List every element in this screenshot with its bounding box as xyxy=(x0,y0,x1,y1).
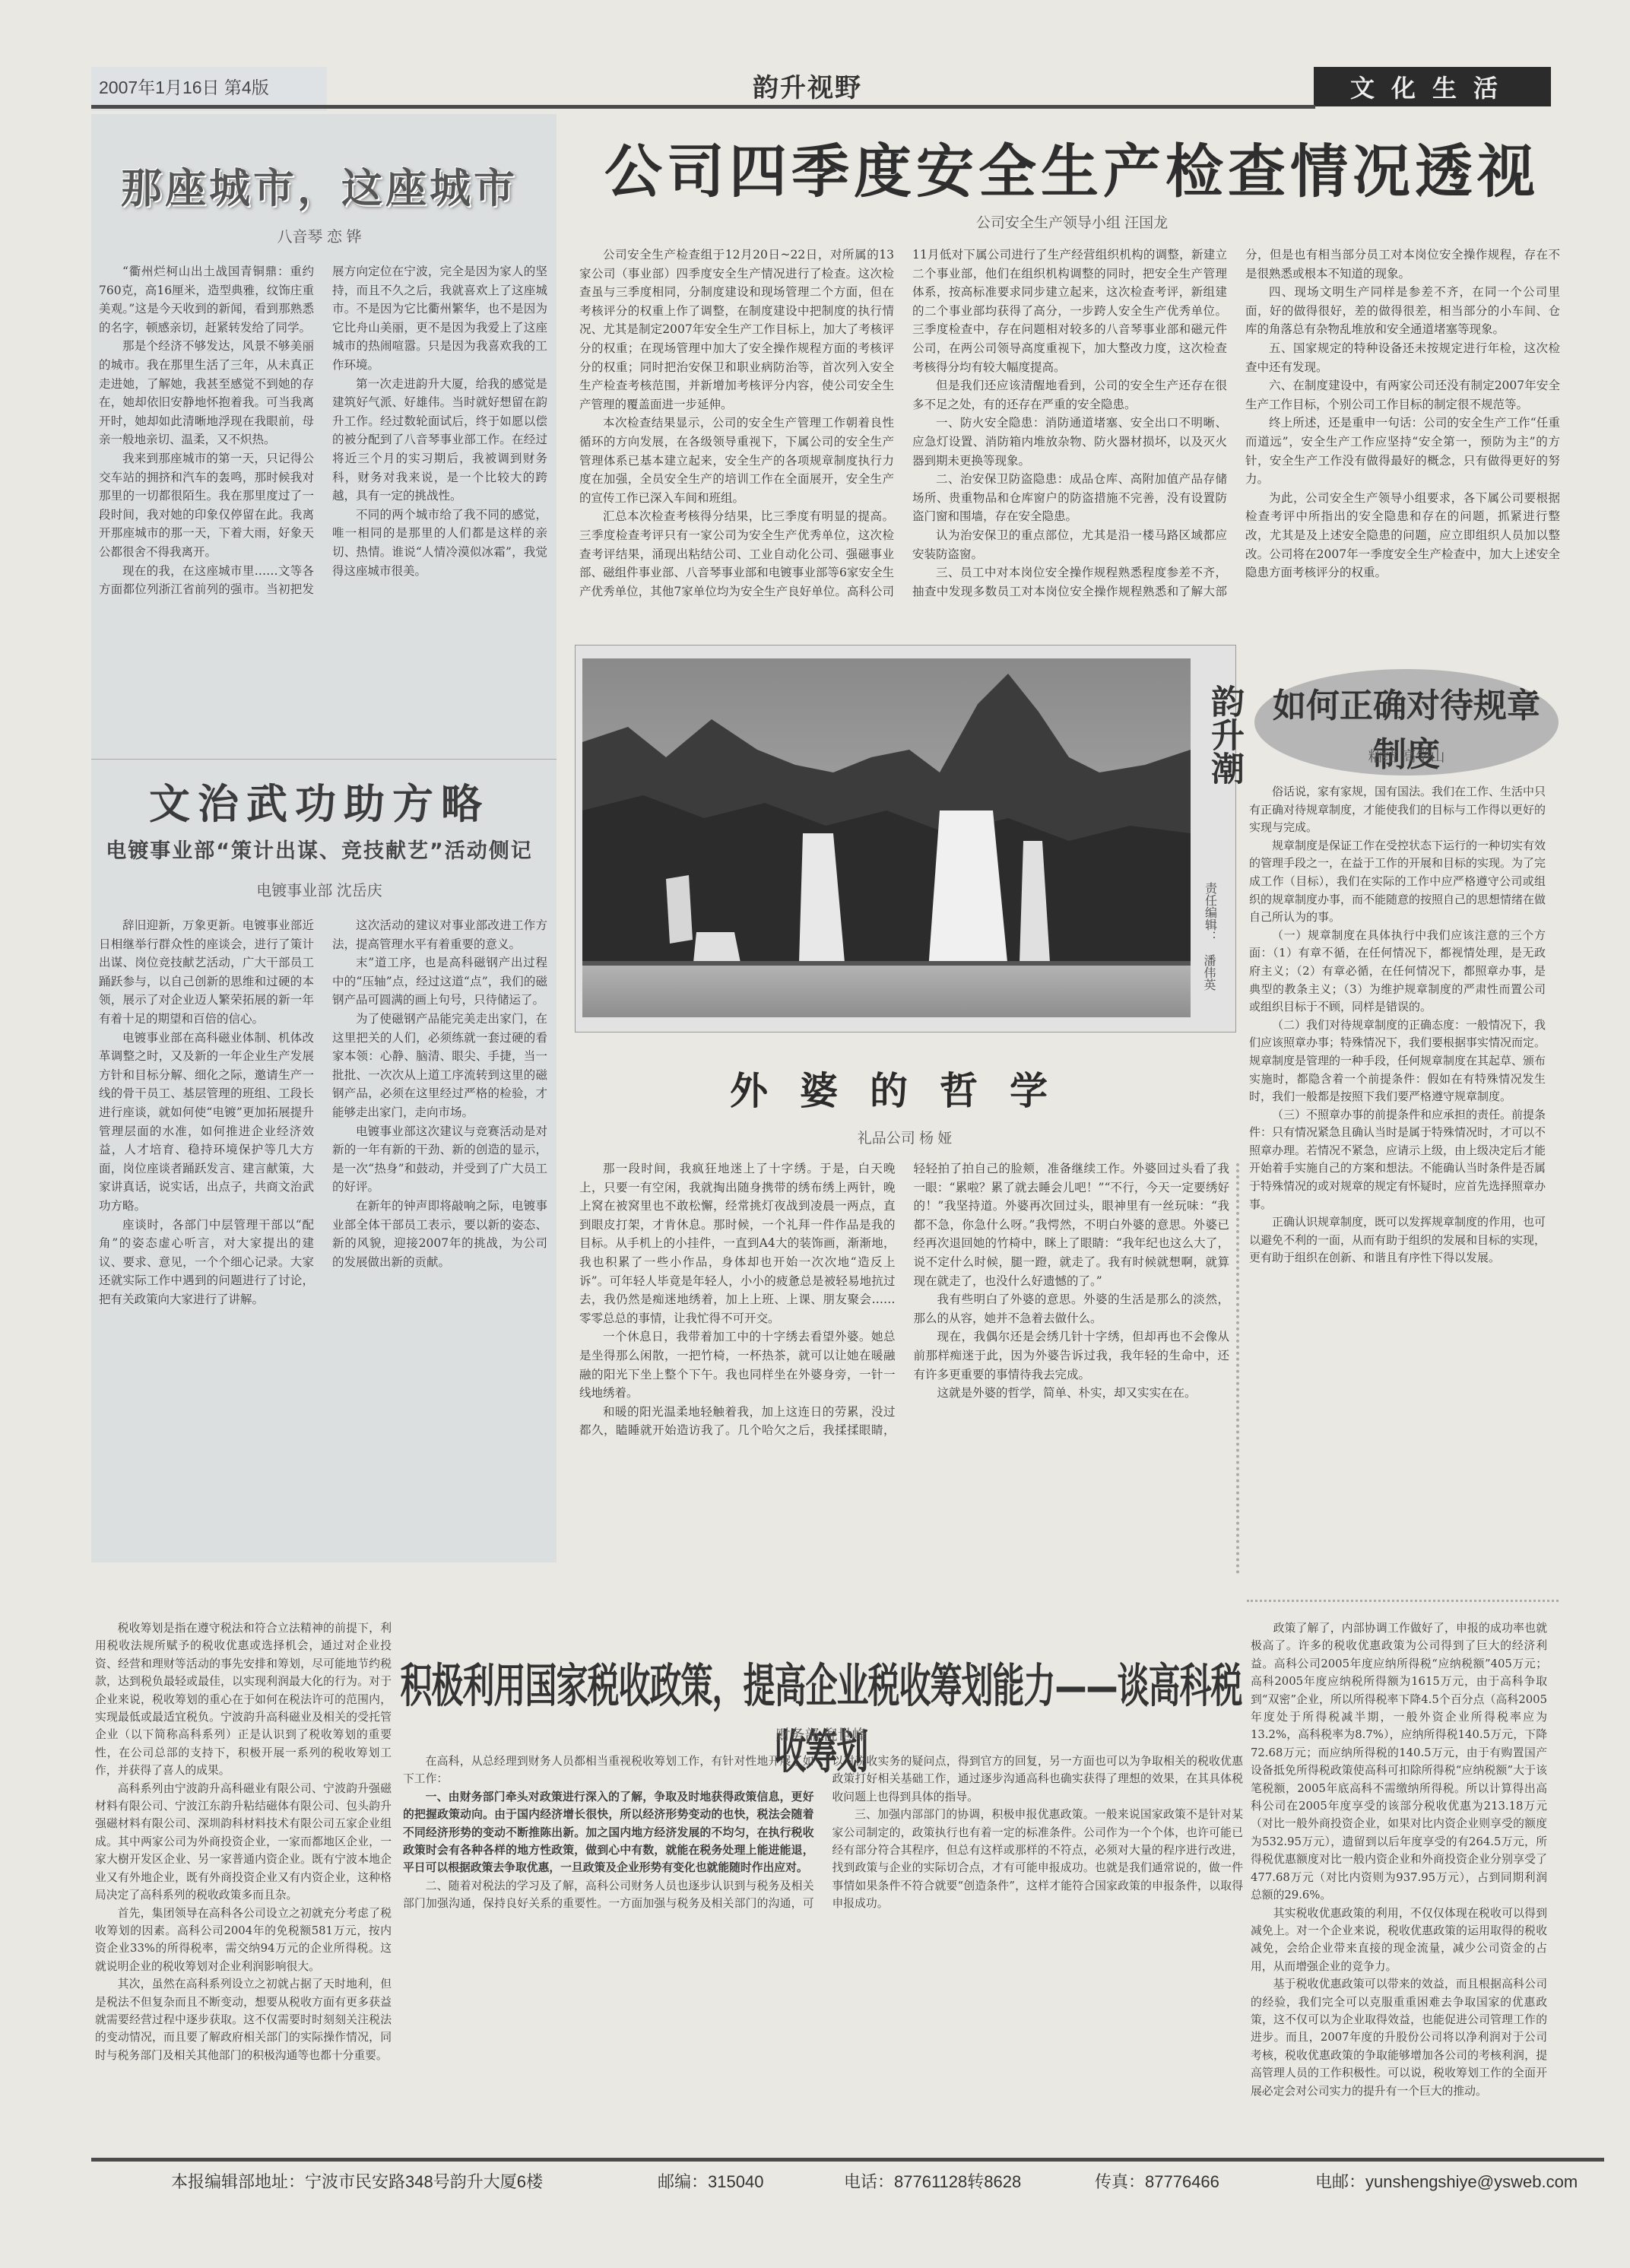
paragraph: 为此，公司安全生产领导小组要求，各下属公司要根据检查考评中所指出的安全隐患和存在… xyxy=(1245,489,1560,582)
article-city-byline: 八音琴 恋 铧 xyxy=(91,224,547,246)
column-name-text: 韵升潮 xyxy=(1195,684,1253,785)
paragraph: 俗话说，家有家规，国有国法。我们在工作、生活中只有正确对待规章制度，才能使我们的… xyxy=(1249,783,1546,837)
paragraph: 二、治安保卫防盗隐患：成品仓库、高附加值产品存储场所、贵重物品和仓库窗户的防盗措… xyxy=(912,470,1227,526)
newspaper-page: 2007年1月16日 第4版 韵升视野 文化生活 那座城市，这座城市 八音琴 恋… xyxy=(0,0,1630,2268)
article-wenzhi-byline: 电镀事业部 沈岳庆 xyxy=(91,878,547,900)
address-value: 宁波市民安路348号韵升大厦6楼 xyxy=(305,2172,543,2191)
paragraph: 辞旧迎新，万象更新。电镀事业部近日相继举行群众性的座谈会，进行了策计出谋、岗位竞… xyxy=(99,916,314,1029)
paragraph: 第一次走进韵升大厦，给我的感觉是建筑好气派、好雄伟。当时就好想留在韵升工作。经过… xyxy=(332,375,547,506)
article-wenzhi-subtitle: 电镀事业部“策计出谋、竞技献艺”活动侧记 xyxy=(91,834,547,864)
decorative-border xyxy=(1236,1163,1244,1574)
paragraph: 我来到那座城市的第一天，只记得公交车站的拥挤和汽车的轰鸣，那时候我对那里的一切都… xyxy=(99,449,314,562)
editor-credit: 责任编辑： 潘伟英 xyxy=(1201,882,1219,991)
paragraph: 高科系列由宁波韵升高科磁业有限公司、宁波韵升强磁材料有限公司、宁波江东韵升粘结磁… xyxy=(95,1780,392,1905)
paragraph: 为了使磁钢产品能完美走出家门，在这里把关的人们，必须练就一套过硬的看家本领：心静… xyxy=(332,1010,547,1122)
phone-value: 87761128转8628 xyxy=(894,2172,1021,2191)
paragraph: “衢州烂柯山出土战国青铜鼎：重约760克，高16厘米，造型典雅，纹饰庄重美观。”… xyxy=(99,262,314,337)
footer-fax: 传真：87776466 xyxy=(1095,2169,1219,2193)
paragraph: 现在，我偶尔还是会绣几针十字绣，但却再也不会像从前那样痴迷于此，因为外婆告诉过我… xyxy=(914,1327,1230,1384)
email-value[interactable]: yunshengshiye@ysweb.com xyxy=(1365,2172,1578,2191)
paragraph: 本次检查结果显示，公司的安全生产管理工作朝着良性循环的方向发展，在各级领导重视下… xyxy=(579,414,894,507)
footer-email: 电邮：yunshengshiye@ysweb.com xyxy=(1315,2169,1578,2193)
article-rules-heading: 如何正确对待规章制度 粘结 高学山 xyxy=(1262,669,1566,753)
article-tax-body-col1: 税收筹划是指在遵守税法和符合立法精神的前提下，利用税收法规所赋予的税收优惠或选择… xyxy=(95,1619,392,2144)
footer-phone: 电话：87761128转8628 xyxy=(844,2169,1021,2193)
paragraph: 电镀事业部在高科磁业体制、机体改革调整之时，又及新的一年企业生产发展方针和目标分… xyxy=(99,1029,314,1216)
footer-address: 本报编辑部地址：宁波市民安路348号韵升大厦6楼 xyxy=(171,2169,543,2193)
article-wenzhi-body: 辞旧迎新，万象更新。电镀事业部近日相继举行群众性的座谈会，进行了策计出谋、岗位竞… xyxy=(99,916,547,1555)
paragraph: 一、由财务部门牵头对政策进行深入的了解，争取及时地获得政策信息，更好的把握政策动… xyxy=(403,1788,814,1877)
footer-rule xyxy=(91,2158,1604,2162)
paragraph: 但是我们还应该清醒地看到，公司的安全生产还存在很多不足之处，有的还存在严重的安全… xyxy=(912,376,1227,414)
paragraph: 一、防火安全隐患：消防通道堵塞、安全出口不明晰、应急灯设置、消防箱内堆放杂物、防… xyxy=(912,414,1227,470)
paragraph: 那是个经济不够发达，风景不够美丽的城市。我在那里生活了三年，从未真正走进她，了解… xyxy=(99,337,314,449)
landscape-image-icon xyxy=(582,658,1191,1017)
paragraph: （三）不照章办事的前提条件和应承担的责任。前提条件：只有情况紧急且确认当时是属于… xyxy=(1249,1106,1546,1214)
paragraph: 六、在制度建设中，有两家公司还没有制定2007年安全生产工作目标，个别公司工作目… xyxy=(1245,376,1560,414)
paragraph: 座谈时，各部门中层管理干部以“配角”的姿态虚心听言，对大家提出的建议、要求、意见… xyxy=(99,1216,314,1309)
fax-value: 87776466 xyxy=(1145,2172,1219,2191)
paragraph: 基于税收优惠政策可以带来的效益，而且根据高科公司的经验，我们完全可以克服重重困难… xyxy=(1251,1975,1547,2100)
paragraph: 我有些明白了外婆的意思。外婆的生活是那么的淡然，那么的从容，她并不急着去做什么。 xyxy=(914,1290,1230,1327)
article-tax-byline: 财务部 倪世峰 xyxy=(395,1724,1247,1744)
article-wenzhi-title: 文治武功助方略 xyxy=(91,772,547,830)
article-safety-body: 公司安全生产检查组于12月20日~22日，对所属的13家公司（事业部）四季度安全… xyxy=(579,246,1560,633)
paragraph: 那一段时间，我疯狂地迷上了十字绣。于是，白天晚上，只要一有空闲，我就掏出随身携带… xyxy=(579,1159,896,1327)
paper-title: 韵升视野 xyxy=(753,67,862,104)
article-waipo-title: 外婆的哲学 xyxy=(570,1061,1239,1115)
article-rules-byline: 粘结 高学山 xyxy=(1262,745,1551,766)
editor-name: 潘伟英 xyxy=(1201,954,1217,991)
fax-label: 传真： xyxy=(1095,2172,1145,2191)
article-tax-body-col4: 政策了解了，内部协调工作做好了，申报的成功率也就极高了。许多的税收优惠政策为公司… xyxy=(1251,1619,1547,2144)
paragraph: 规章制度是保证工作在受控状态下运行的一种切实有效的管理手段之一，在益于工作的开展… xyxy=(1249,837,1546,927)
paragraph: （二）我们对待规章制度的正确态度：一般情况下，我们应该照章办事；特殊情况下，我们… xyxy=(1249,1017,1546,1106)
article-city-body: “衢州烂柯山出土战国青铜鼎：重约760克，高16厘米，造型典雅，纹饰庄重美观。”… xyxy=(99,262,547,749)
article-city-title: 那座城市，这座城市 xyxy=(91,156,547,214)
header-rule xyxy=(91,105,1315,109)
decorative-vine-border xyxy=(1247,1600,1559,1610)
paragraph: 四、现场文明生产同样是参差不齐，在同一个公司里面，好的做得很好，差的做得很差，相… xyxy=(1245,283,1560,339)
paragraph: 一个休息日，我带着加工中的十字绣去看望外婆。她总是坐得那么闲散，一把竹椅，一杯热… xyxy=(579,1327,896,1402)
postcode-label: 邮编： xyxy=(658,2172,708,2191)
address-label: 本报编辑部地址： xyxy=(171,2172,305,2191)
article-waipo-byline: 礼品公司 杨 娅 xyxy=(570,1127,1239,1147)
editor-label: 责任编辑： xyxy=(1203,882,1219,943)
paragraph: （一）规章制度在具体执行中我们应该注意的三个方面：（1）有章不循，在任何情况下，… xyxy=(1249,927,1546,1017)
divider xyxy=(91,759,557,760)
paragraph: 终上所述，还是重申一句话：公司的安全生产工作“任重而道远”，安全生产工作应坚持“… xyxy=(1245,414,1560,488)
email-label: 电邮： xyxy=(1315,2172,1365,2191)
paragraph: 三、加强内部部门的协调，积极申报优惠政策。一般来说国家政策不是针对某家公司制定的… xyxy=(832,1806,1244,1912)
footer-postcode: 邮编：315040 xyxy=(658,2169,763,2193)
section-tab: 文化生活 xyxy=(1314,67,1551,106)
paragraph: 其实税收优惠政策的利用，不仅仅体现在税收可以得到减免上。对一个企业来说，税收优惠… xyxy=(1251,1905,1547,1976)
date-edition: 2007年1月16日 第4版 xyxy=(99,74,269,99)
paragraph: 五、国家规定的特种设备还未按规定进行年检，这次检查中还有发现。 xyxy=(1245,339,1560,376)
paragraph: 公司安全生产检查组于12月20日~22日，对所属的13家公司（事业部）四季度安全… xyxy=(579,246,894,414)
paragraph: 认为治安保卫的重点部位，尤其是沿一楼马路区域都应安装防盗窗。 xyxy=(912,526,1227,563)
article-waipo-body: 那一段时间，我疯狂地迷上了十字绣。于是，白天晚上，只要一有空闲，我就掏出随身携带… xyxy=(579,1159,1229,1570)
paragraph: 在高科，从总经理到财务人员都相当重视税收筹划工作，有针对性地开展了如下工作： xyxy=(403,1753,814,1788)
column-name: 韵升潮 xyxy=(1195,684,1226,803)
paragraph: 不同的两个城市给了我不同的感觉，唯一相同的是那里的人们都是这样的亲切、热情。谁说… xyxy=(332,506,547,580)
postcode-value: 315040 xyxy=(708,2172,763,2191)
paragraph: 末”道工序，也是高科磁钢产出过程中的“压轴”点，经过这道“点”，我们的磁钢产品可… xyxy=(332,953,547,1010)
phone-label: 电话： xyxy=(844,2172,894,2191)
paragraph: 政策了解了，内部协调工作做好了，申报的成功率也就极高了。许多的税收优惠政策为公司… xyxy=(1251,1619,1547,1905)
article-tax-body-middle: 在高科，从总经理到财务人员都相当重视税收筹划工作，有针对性地开展了如下工作： 一… xyxy=(403,1753,1243,2144)
paragraph: 其次，虽然在高科系列设立之初就占据了天时地利，但是税法不但复杂而且不断变动，想要… xyxy=(95,1975,392,2064)
paragraph: 这次活动的建议对事业部改进工作方法，提高管理水平有着重要的意义。 xyxy=(332,916,547,953)
article-rules-body: 俗话说，家有家规，国有国法。我们在工作、生活中只有正确对待规章制度，才能使我们的… xyxy=(1249,783,1546,1570)
waterfall-photo xyxy=(582,658,1191,1017)
paragraph: 首先，集团领导在高科各公司设立之初就充分考虑了税收筹划的因素。高科公司2004年… xyxy=(95,1905,392,1976)
article-safety-byline: 公司安全生产领导小组 汪国龙 xyxy=(578,211,1566,232)
article-safety-title: 公司四季度安全生产检查情况透视 xyxy=(578,125,1566,208)
paragraph: 这就是外婆的哲学，简单、朴实，却又实实在在。 xyxy=(914,1384,1230,1403)
paragraph: 电镀事业部这次建议与竞赛活动是对新的一年有新的干劲、新的创造的显示，是一次“热身… xyxy=(332,1122,547,1197)
paragraph: 税收筹划是指在遵守税法和符合立法精神的前提下，利用税收法规所赋予的税收优惠或选择… xyxy=(95,1619,392,1780)
paragraph: 正确认识规章制度，既可以发挥规章制度的作用，也可以避免不利的一面，从而有助于组织… xyxy=(1249,1213,1546,1267)
paragraph: 在新年的钟声即将敲响之际，电镀事业部全体干部员工表示，要以新的姿态、新的风貌，迎… xyxy=(332,1197,547,1271)
